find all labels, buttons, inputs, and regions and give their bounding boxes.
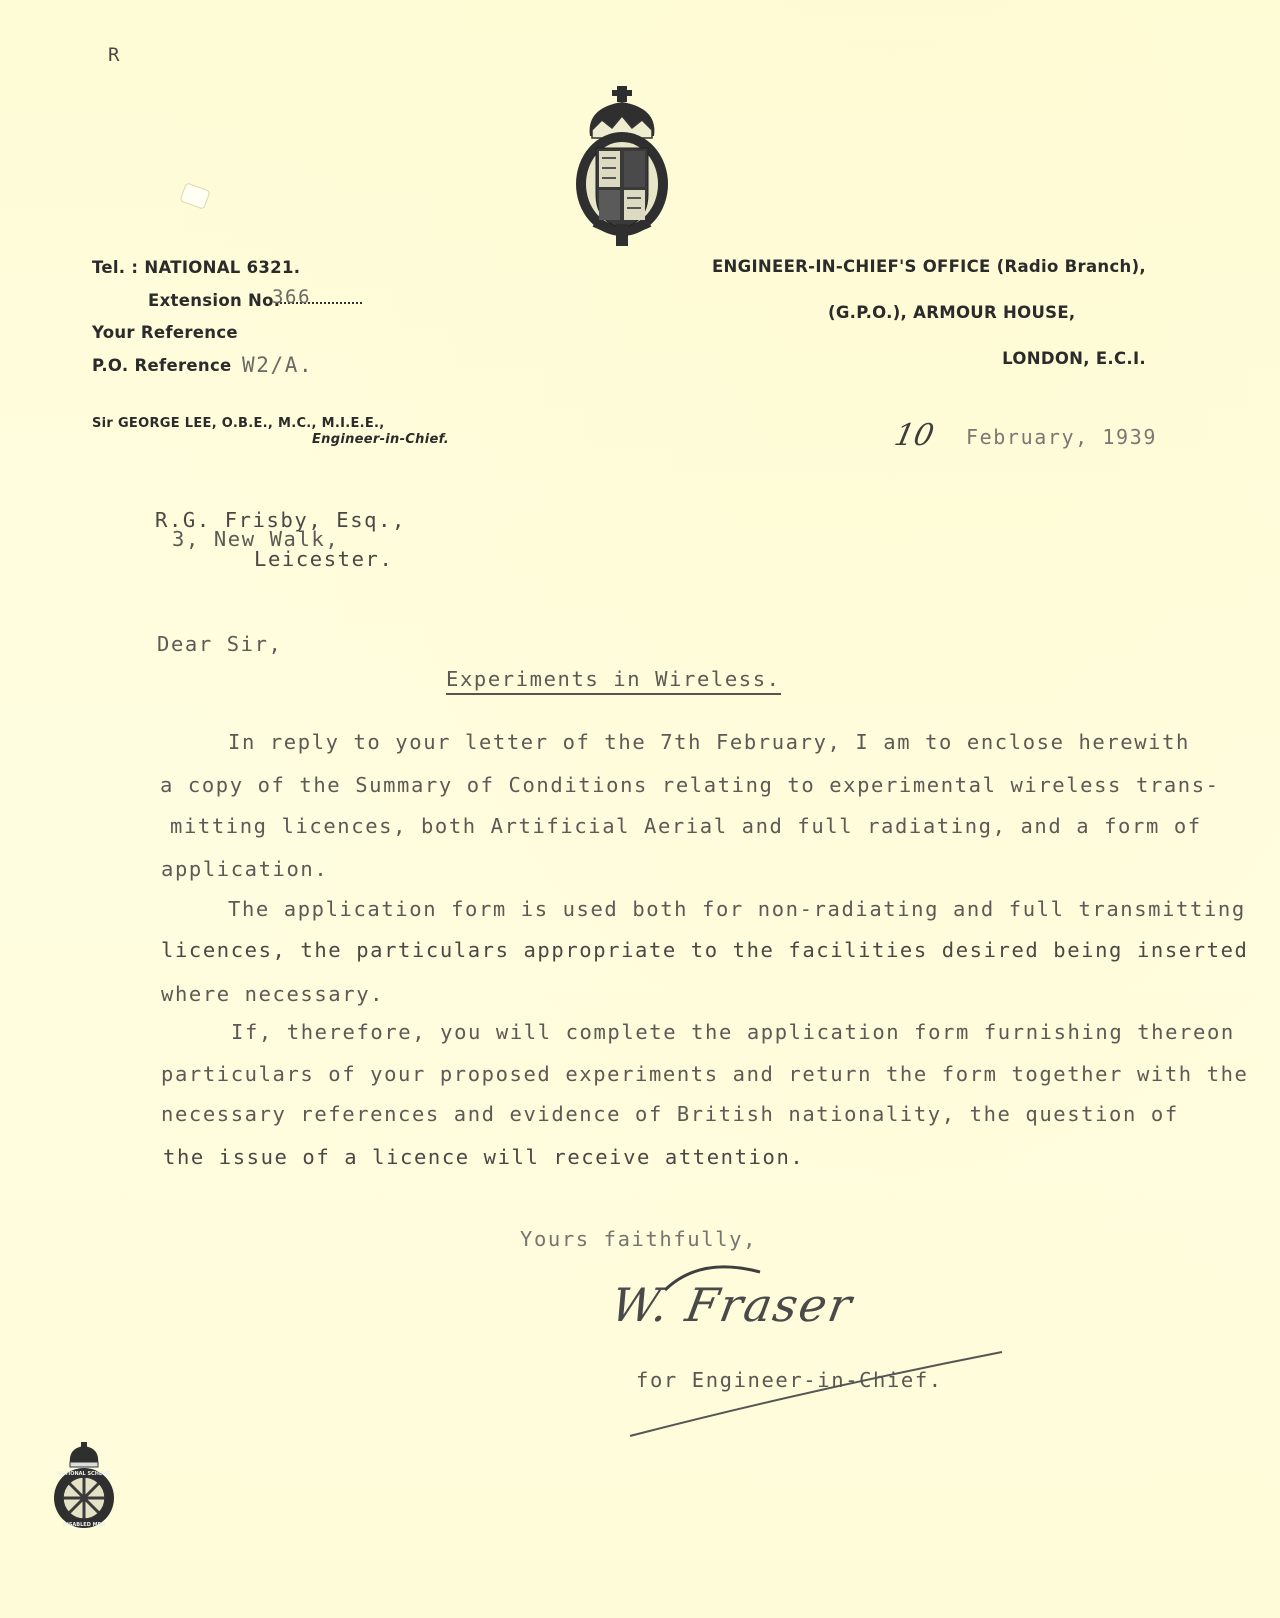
recipient-city: Leicester. [254, 547, 393, 571]
corner-mark: R [108, 44, 119, 66]
signature-flourish [660, 1262, 770, 1292]
po-reference-value: W2/A. [242, 353, 313, 377]
extension-field: Extension No. [148, 291, 362, 310]
body-line-11: the issue of a licence will receive atte… [163, 1145, 804, 1169]
body-line-3: mitting licences, both Artificial Aerial… [170, 814, 1202, 838]
subject-line: Experiments in Wireless. [446, 667, 781, 691]
body-line-1: In reply to your letter of the 7th Febru… [228, 730, 1190, 754]
po-reference-label: P.O. Reference [92, 356, 232, 375]
extension-label: Extension No. [148, 291, 280, 310]
telephone-number: Tel. : NATIONAL 6321. [92, 258, 300, 277]
your-reference-label: Your Reference [92, 323, 238, 342]
body-line-6: licences, the particulars appropriate to… [161, 938, 1248, 962]
date-month-year: February, 1939 [966, 425, 1157, 449]
closing: Yours faithfully, [520, 1227, 757, 1251]
salutation: Dear Sir, [157, 632, 282, 656]
extension-value: 366 [272, 286, 311, 308]
body-line-4: application. [161, 857, 328, 881]
national-scheme-disabled-men-emblem-icon: NATIONAL SCHEME DISABLED MEN [52, 1442, 116, 1532]
office-name: ENGINEER-IN-CHIEF'S OFFICE (Radio Branch… [712, 257, 1146, 276]
letter-page: R Tel. : NATIONAL 6321. Extension No. 36… [0, 0, 1280, 1618]
engineer-in-chief-name: Sir GEORGE LEE, O.B.E., M.C., M.I.E.E., [92, 416, 385, 431]
office-address-line: (G.P.O.), ARMOUR HOUSE, [828, 303, 1076, 322]
body-line-10: necessary references and evidence of Bri… [161, 1102, 1179, 1126]
date-day-handwritten: 10 [891, 418, 937, 453]
engineer-in-chief-title: Engineer-in-Chief. [312, 432, 449, 447]
pen-stroke-line [628, 1350, 1008, 1440]
body-line-7: where necessary. [161, 982, 384, 1006]
paper-blemish [179, 182, 210, 210]
body-line-8: If, therefore, you will complete the app… [231, 1020, 1235, 1044]
svg-text:NATIONAL SCHEME: NATIONAL SCHEME [57, 1471, 111, 1477]
royal-coat-of-arms-icon [572, 86, 672, 246]
office-city: LONDON, E.C.I. [1002, 349, 1146, 368]
body-line-9: particulars of your proposed experiments… [161, 1062, 1248, 1086]
subject-text: Experiments in Wireless. [446, 667, 781, 695]
body-line-2: a copy of the Summary of Conditions rela… [160, 773, 1220, 797]
body-line-5: The application form is used both for no… [228, 897, 1246, 921]
svg-text:DISABLED MEN: DISABLED MEN [63, 1522, 105, 1528]
